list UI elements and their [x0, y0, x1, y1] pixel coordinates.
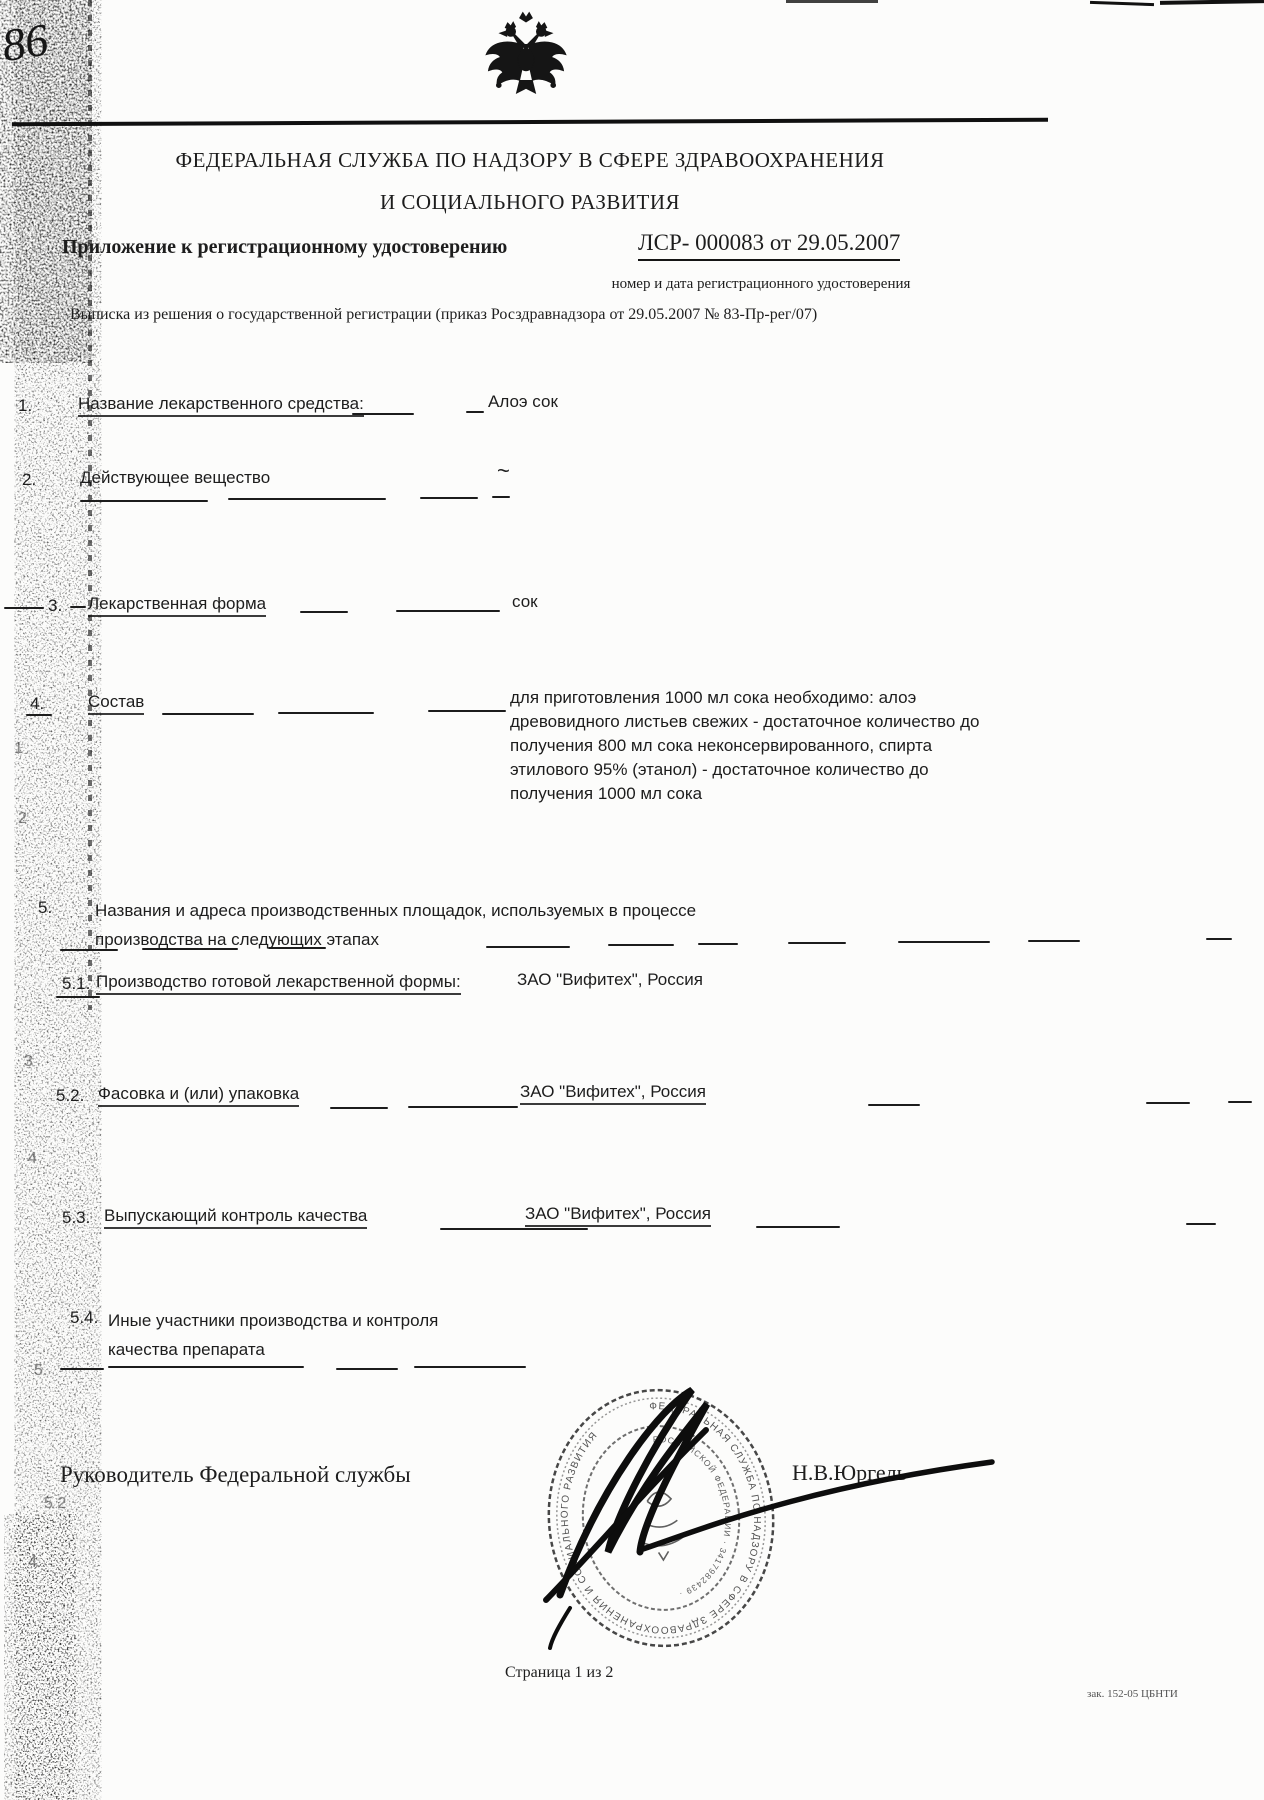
ruled-dash — [1228, 1101, 1252, 1103]
field-5-4-number: 5.4. — [70, 1308, 98, 1328]
registration-number: ЛСР- 000083 от 29.05.2007 — [638, 230, 900, 261]
ruled-dash — [142, 948, 238, 950]
field-1-label-text: Название лекарственного средства: — [78, 394, 364, 417]
strike-dash — [70, 606, 86, 608]
field-5-2-label: Фасовка и (или) упаковка — [98, 1084, 299, 1104]
field-5-3-label-text: Выпускающий контроль качества — [104, 1206, 367, 1229]
ruled-dash — [698, 943, 738, 945]
field-2-value: ~ — [497, 458, 510, 484]
extract-line: Выписка из решения о государственной рег… — [70, 306, 817, 324]
field-4-number: 4. — [30, 694, 44, 714]
field-5-2-value-text: ЗАО "Вифитех", Россия — [520, 1082, 706, 1105]
field-5-1-number: 5.1. — [62, 974, 90, 994]
agency-name-line1: ФЕДЕРАЛЬНАЯ СЛУЖБА ПО НАДЗОРУ В СФЕРЕ ЗД… — [130, 148, 930, 173]
handwritten-page-mark: 86 — [0, 13, 52, 73]
ghost-margin-mark-5: 5. — [34, 1362, 47, 1380]
field-5-3-value-text: ЗАО "Вифитех", Россия — [525, 1204, 711, 1227]
signatory-title: Руководитель Федеральной службы — [60, 1462, 411, 1488]
ruled-dash — [1206, 938, 1232, 940]
strike-dash — [4, 607, 44, 609]
field-5-3-value: ЗАО "Вифитех", Россия — [525, 1204, 711, 1224]
field-5-2-value: ЗАО "Вифитех", Россия — [520, 1082, 706, 1102]
field-4-value: для приготовления 1000 мл сока необходим… — [510, 686, 1030, 806]
ruled-dash — [868, 1104, 920, 1106]
agency-name-line2: И СОЦИАЛЬНОГО РАЗВИТИЯ — [130, 190, 930, 215]
coat-of-arms-eagle-icon — [478, 8, 574, 100]
registration-number-caption: номер и дата регистрационного удостовере… — [580, 276, 942, 293]
ruled-dash — [228, 498, 386, 500]
ruled-dash — [414, 1366, 526, 1368]
field-5-2-label-text: Фасовка и (или) упаковка — [98, 1084, 299, 1107]
field-5-label: Названия и адреса производственных площа… — [95, 896, 696, 954]
field-2-number: 2. — [22, 470, 36, 490]
field-5-1-label: Производство готовой лекарственной формы… — [96, 972, 461, 992]
ghost-margin-mark-4: 4 — [28, 1150, 37, 1168]
field-3-label: Лекарственная форма — [88, 594, 266, 614]
header-rule — [12, 118, 1048, 127]
appendix-title: Приложение к регистрационному удостовере… — [62, 236, 507, 259]
ruled-dash — [396, 610, 500, 612]
ruled-dash — [352, 413, 414, 415]
field-5-3-label: Выпускающий контроль качества — [104, 1206, 367, 1226]
scan-artifact-top-right-2 — [1160, 0, 1264, 5]
ruled-dash — [486, 946, 570, 948]
ruled-dash — [756, 1226, 840, 1228]
ruled-dash — [466, 411, 484, 413]
field-3-number: 3. — [48, 596, 62, 616]
ruled-dash — [1028, 940, 1080, 942]
field-4-label: Состав — [88, 692, 144, 712]
print-shop-code: зак. 152-05 ЦБНТИ — [1087, 1688, 1178, 1700]
ruled-dash — [1146, 1102, 1190, 1104]
ruled-dash — [60, 949, 118, 951]
ruled-dash — [268, 947, 326, 949]
field-5-2-number: 5.2. — [56, 1086, 84, 1106]
ruled-dash — [278, 712, 374, 714]
ruled-dash — [80, 500, 208, 502]
ghost-margin-mark-7: 4. — [28, 1554, 41, 1572]
ruled-dash — [898, 941, 990, 943]
ruled-dash — [1186, 1223, 1216, 1225]
field-5-1-value: ЗАО "Вифитех", Россия — [517, 970, 703, 990]
signature-strokes — [500, 1380, 1020, 1680]
ruled-dash — [420, 497, 478, 499]
ghost-margin-mark-6: 5 2 — [44, 1495, 66, 1513]
ghost-margin-mark-2: 2 — [18, 810, 27, 828]
page-indicator: Страница 1 из 2 — [505, 1664, 613, 1682]
field-2-label: Действующее вещество — [80, 468, 270, 488]
field-3-label-text: Лекарственная форма — [88, 594, 266, 617]
field-1-value: Алоэ сок — [488, 392, 558, 412]
scan-artifact-dotted-line — [88, 0, 92, 1010]
ruled-dash — [492, 496, 510, 498]
ruled-dash — [108, 1366, 304, 1368]
field-1-label: Название лекарственного средства: — [78, 394, 364, 414]
ruled-dash — [330, 1107, 388, 1109]
field-5-number: 5. — [38, 898, 52, 918]
ruled-dash — [56, 996, 100, 998]
ruled-dash — [608, 944, 674, 946]
ruled-dash — [60, 1368, 104, 1370]
ruled-dash — [440, 1228, 588, 1230]
field-4-label-text: Состав — [88, 692, 144, 715]
ghost-margin-mark-1: 1 — [14, 740, 23, 758]
field-5-4-label: Иные участники производства и контроля к… — [108, 1306, 438, 1364]
scan-artifact-top-right — [1090, 1, 1154, 6]
ruled-dash — [408, 1106, 518, 1108]
ruled-dash — [162, 713, 254, 715]
scan-artifact-top-middle — [786, 0, 878, 3]
ruled-dash — [788, 942, 846, 944]
field-1-number: 1. — [18, 396, 32, 416]
scanned-document-page: 86 ФЕДЕРАЛЬНАЯ СЛУЖБА ПО НАДЗОРУ В СФЕРЕ… — [0, 0, 1264, 1800]
ghost-margin-mark-3: 3 — [24, 1053, 33, 1071]
ruled-dash — [336, 1368, 398, 1370]
ruled-dash — [26, 714, 52, 716]
field-5-1-label-text: Производство готовой лекарственной формы… — [96, 972, 461, 995]
field-3-value: сок — [512, 592, 538, 612]
field-5-3-number: 5.3. — [62, 1208, 90, 1228]
ruled-dash — [300, 611, 348, 613]
ruled-dash — [428, 710, 506, 712]
